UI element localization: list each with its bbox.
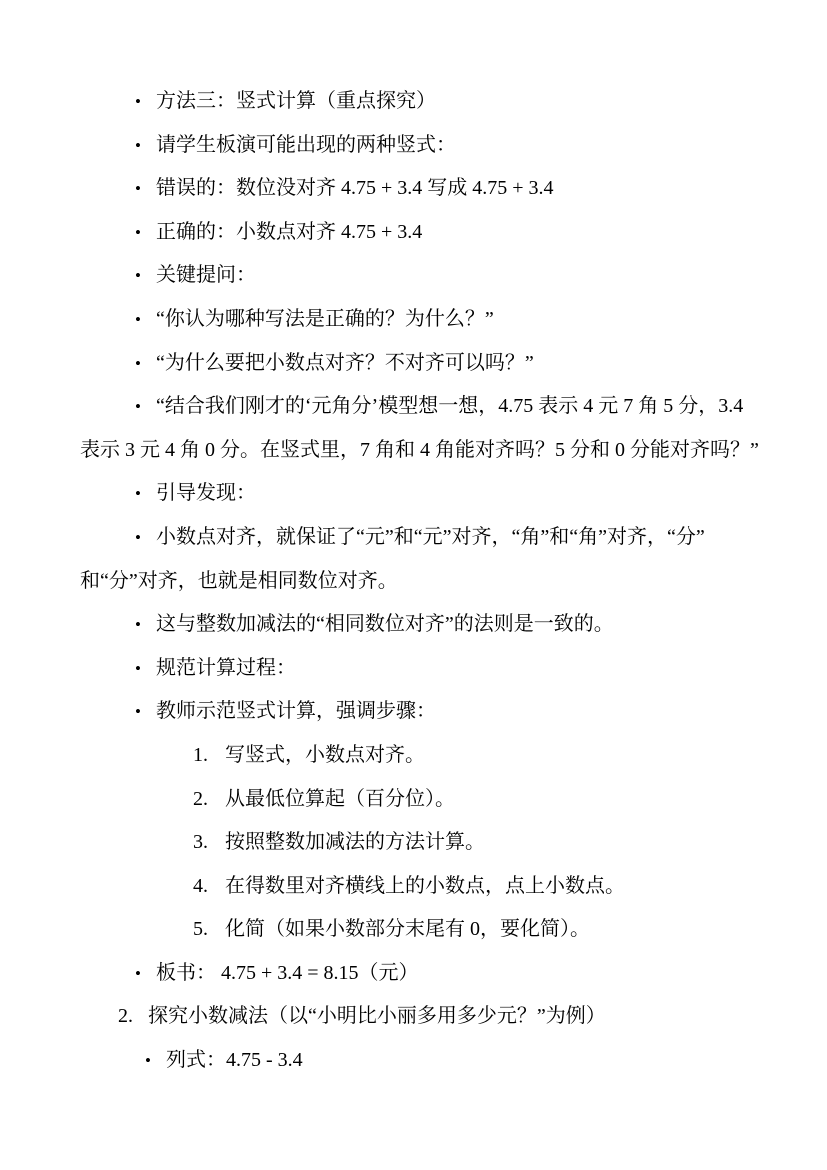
list-bullet: •: [145, 1039, 166, 1083]
list-bullet: •: [135, 124, 156, 168]
doc-line: •规范计算过程：: [80, 647, 757, 691]
list-bullet: •: [135, 167, 156, 211]
doc-line: 4.在得数里对齐横线上的小数点，点上小数点。: [80, 865, 757, 909]
doc-line: 2.从最低位算起（百分位）。: [80, 778, 757, 822]
doc-line: 和“分”对齐，也就是相同数位对齐。: [80, 560, 757, 604]
doc-line-text: 关键提问：: [156, 264, 256, 286]
doc-line: •“结合我们刚才的‘元角分’模型想一想，4.75 表示 4 元 7 角 5 分，…: [80, 385, 757, 429]
doc-line-text: 错误的：数位没对齐 4.75 + 3.4 写成 4.75 + 3.4: [156, 177, 554, 199]
doc-line-text: 列式：4.75 - 3.4: [166, 1049, 303, 1071]
list-bullet: •: [135, 254, 156, 298]
list-number: 2.: [118, 995, 148, 1039]
doc-line: •错误的：数位没对齐 4.75 + 3.4 写成 4.75 + 3.4: [80, 167, 757, 211]
doc-line: •教师示范竖式计算，强调步骤：: [80, 690, 757, 734]
doc-line: •小数点对齐，就保证了“元”和“元”对齐，“角”和“角”对齐，“分”: [80, 516, 757, 560]
doc-line: •正确的：小数点对齐 4.75 + 3.4: [80, 211, 757, 255]
doc-line: •板书： 4.75 + 3.4 = 8.15（元）: [80, 952, 757, 996]
doc-line-text: 请学生板演可能出现的两种竖式：: [156, 134, 456, 156]
doc-line-text: 教师示范竖式计算，强调步骤：: [156, 700, 436, 722]
doc-line-text: 小数点对齐，就保证了“元”和“元”对齐，“角”和“角”对齐，“分”: [156, 526, 705, 548]
doc-line-text: 规范计算过程：: [156, 657, 296, 679]
doc-line-text: 这与整数加减法的“相同数位对齐”的法则是一致的。: [156, 613, 614, 635]
doc-line-text: 引导发现：: [156, 482, 256, 504]
doc-line-text: 从最低位算起（百分位）。: [225, 788, 455, 810]
doc-line-text: 写竖式，小数点对齐。: [225, 744, 425, 766]
list-bullet: •: [135, 211, 156, 255]
list-bullet: •: [135, 472, 156, 516]
doc-line: •这与整数加减法的“相同数位对齐”的法则是一致的。: [80, 603, 757, 647]
list-bullet: •: [135, 385, 156, 429]
doc-line-text: 正确的：小数点对齐 4.75 + 3.4: [156, 221, 422, 243]
doc-line: •引导发现：: [80, 472, 757, 516]
doc-line-text: 板书： 4.75 + 3.4 = 8.15（元）: [156, 962, 419, 984]
doc-line: •列式：4.75 - 3.4: [80, 1039, 757, 1083]
doc-line: •方法三：竖式计算（重点探究）: [80, 80, 757, 124]
doc-line-text: 和“分”对齐，也就是相同数位对齐。: [80, 570, 398, 592]
list-bullet: •: [135, 603, 156, 647]
doc-line-text: 表示 3 元 4 角 0 分。在竖式里，7 角和 4 角能对齐吗？5 分和 0 …: [80, 439, 759, 461]
doc-line: •“为什么要把小数点对齐？不对齐可以吗？”: [80, 342, 757, 386]
list-bullet: •: [135, 516, 156, 560]
list-bullet: •: [135, 952, 156, 996]
list-bullet: •: [135, 80, 156, 124]
list-number: 2.: [193, 778, 225, 822]
doc-line-text: 按照整数加减法的方法计算。: [225, 831, 485, 853]
list-number: 3.: [193, 821, 225, 865]
document-page: •方法三：竖式计算（重点探究）•请学生板演可能出现的两种竖式：•错误的：数位没对…: [0, 0, 827, 1170]
doc-line: •请学生板演可能出现的两种竖式：: [80, 124, 757, 168]
list-bullet: •: [135, 298, 156, 342]
doc-line-text: “你认为哪种写法是正确的？为什么？”: [156, 308, 494, 330]
doc-line: 3.按照整数加减法的方法计算。: [80, 821, 757, 865]
list-bullet: •: [135, 647, 156, 691]
list-number: 1.: [193, 734, 225, 778]
doc-line: 2.探究小数减法（以“小明比小丽多用多少元？”为例）: [80, 995, 757, 1039]
doc-line-text: 方法三：竖式计算（重点探究）: [156, 90, 436, 112]
doc-line-text: 在得数里对齐横线上的小数点，点上小数点。: [225, 875, 625, 897]
doc-line: •“你认为哪种写法是正确的？为什么？”: [80, 298, 757, 342]
doc-line-text: 探究小数减法（以“小明比小丽多用多少元？”为例）: [148, 1005, 606, 1027]
list-bullet: •: [135, 342, 156, 386]
doc-line-text: “结合我们刚才的‘元角分’模型想一想，4.75 表示 4 元 7 角 5 分，3…: [156, 395, 743, 417]
doc-line: 1.写竖式，小数点对齐。: [80, 734, 757, 778]
doc-line: 表示 3 元 4 角 0 分。在竖式里，7 角和 4 角能对齐吗？5 分和 0 …: [80, 429, 757, 473]
doc-line-text: “为什么要把小数点对齐？不对齐可以吗？”: [156, 352, 534, 374]
doc-line-text: 化简（如果小数部分末尾有 0，要化简）。: [225, 918, 590, 940]
doc-line: •关键提问：: [80, 254, 757, 298]
doc-line: 5.化简（如果小数部分末尾有 0，要化简）。: [80, 908, 757, 952]
list-number: 5.: [193, 908, 225, 952]
list-number: 4.: [193, 865, 225, 909]
list-bullet: •: [135, 690, 156, 734]
